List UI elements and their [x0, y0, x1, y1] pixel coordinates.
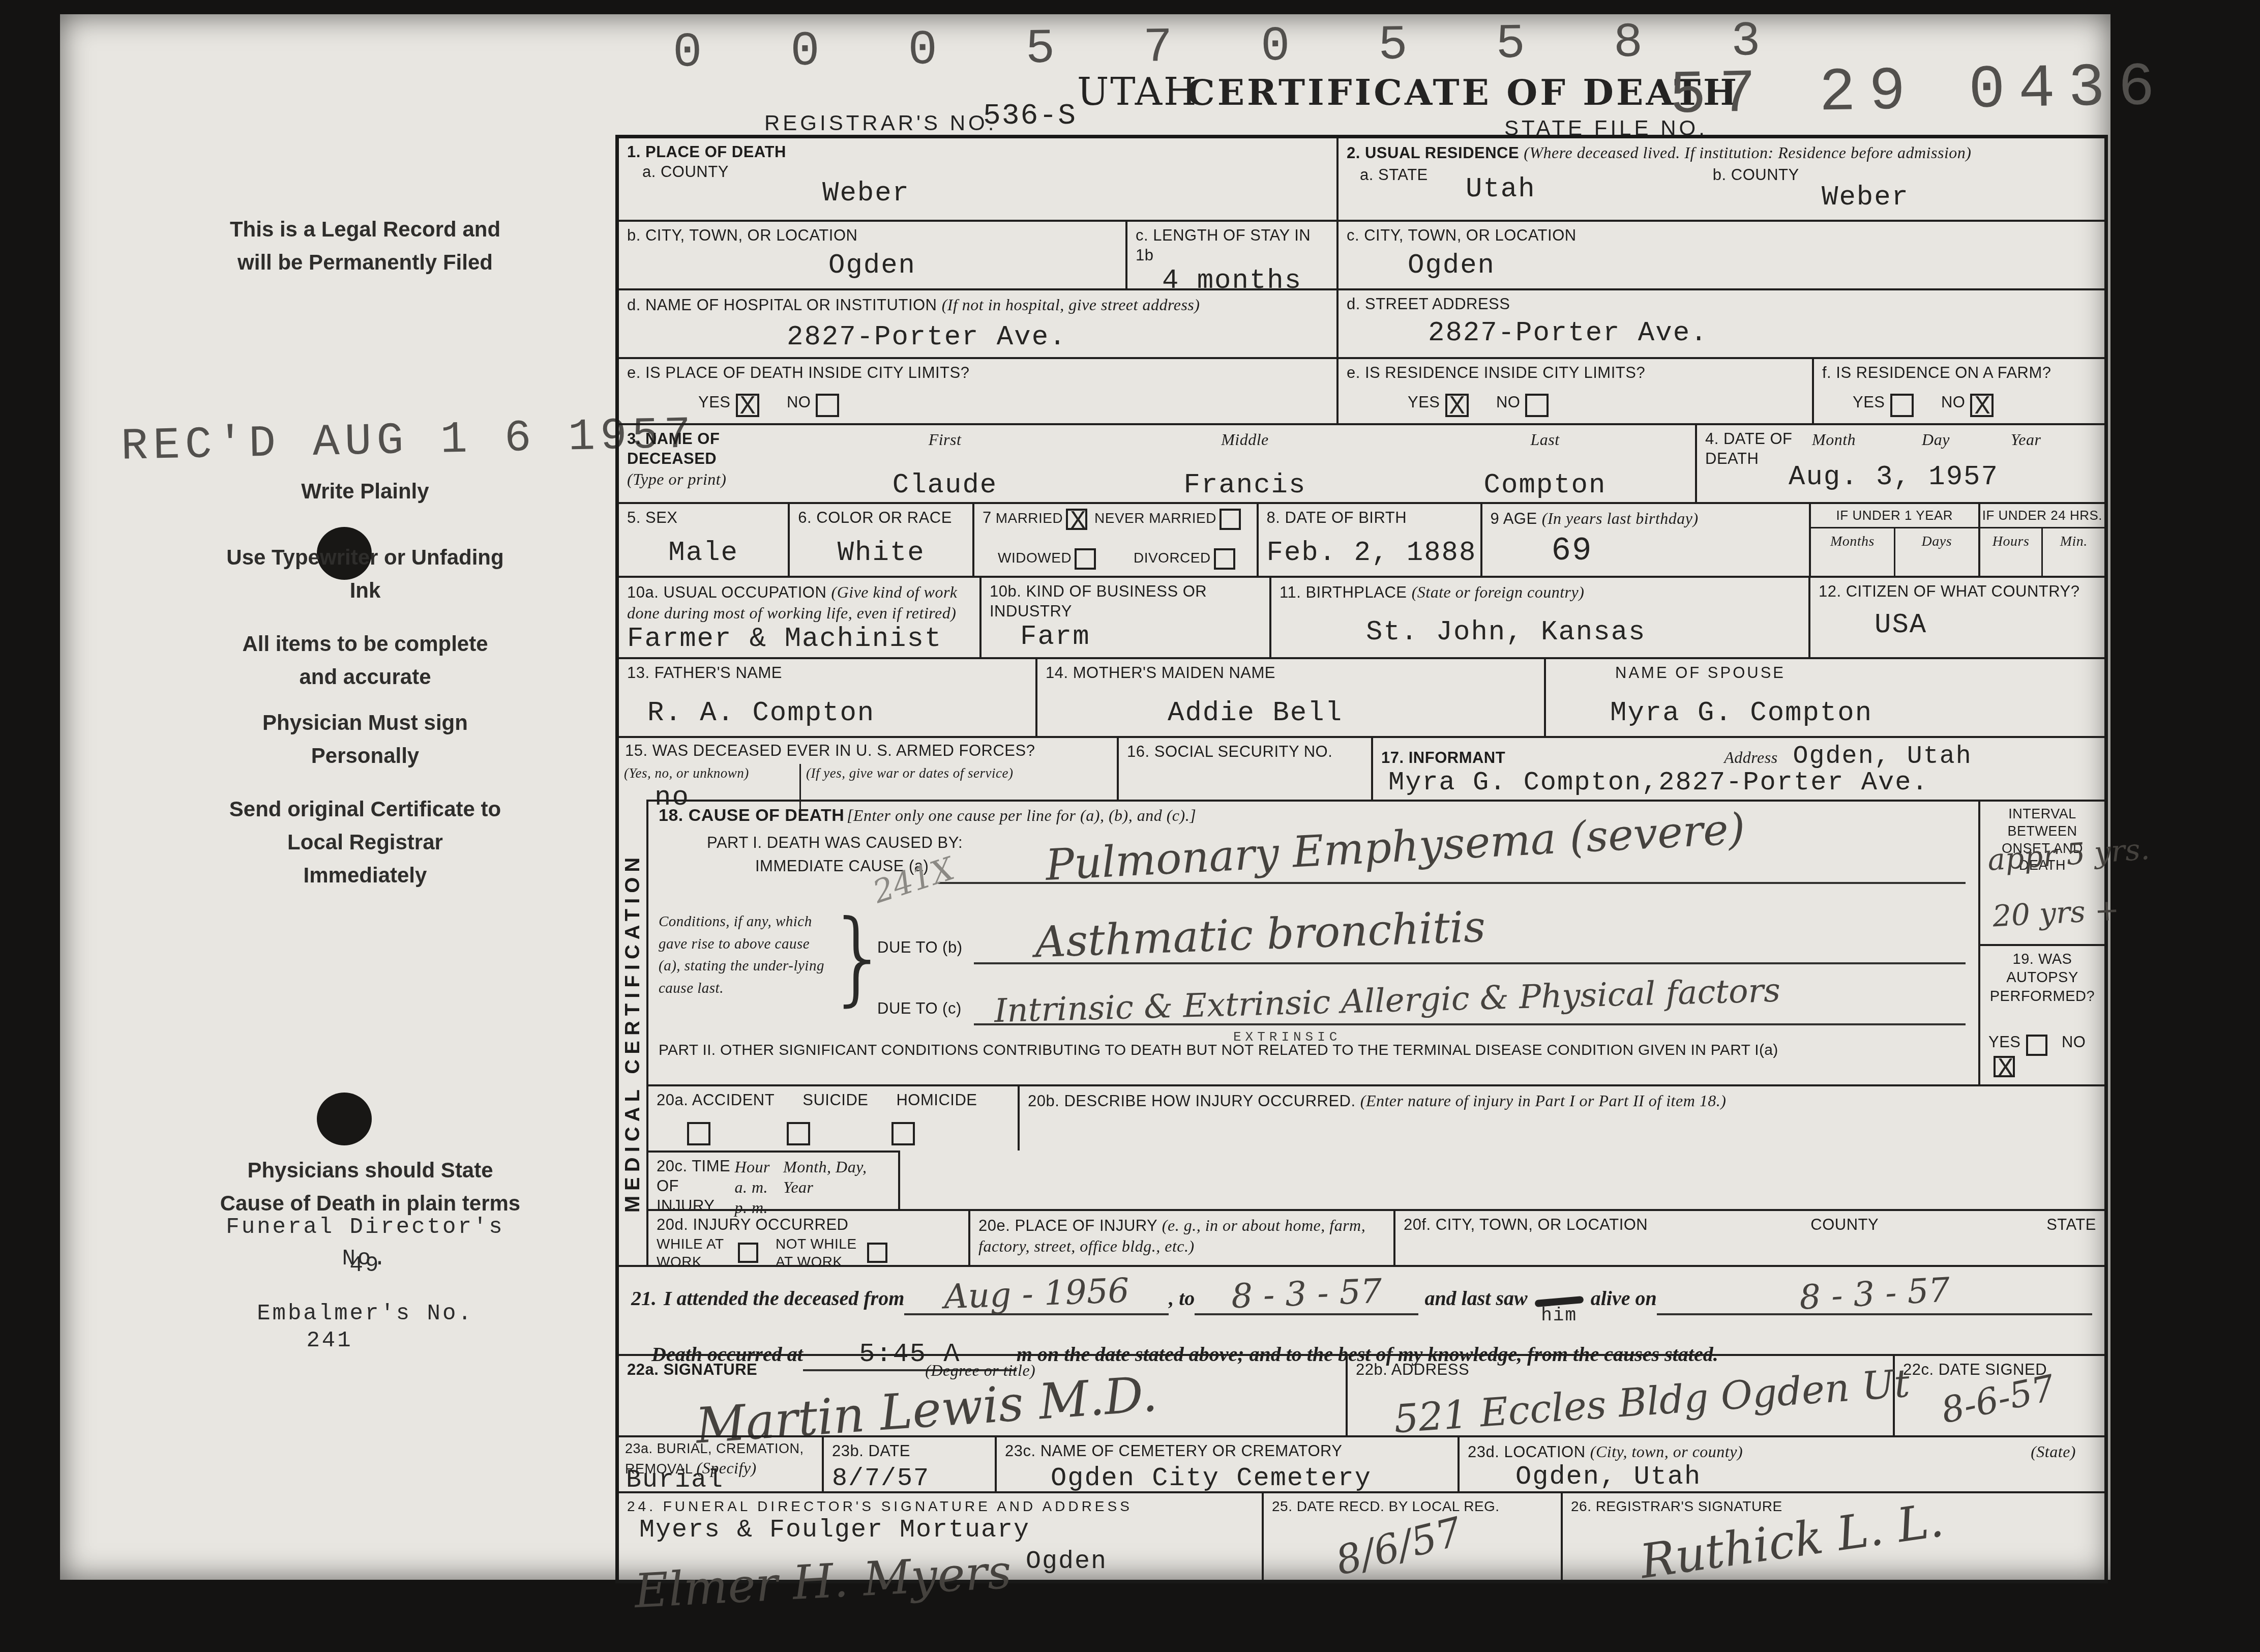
- margin-plain-terms-note: Physicians should State Cause of Death i…: [213, 1154, 528, 1220]
- accident-checkbox: [687, 1122, 710, 1145]
- age-label: 9 AGE: [1491, 510, 1537, 527]
- medical-certification-label: MEDICAL CERTIFICATION: [621, 852, 644, 1213]
- divorced-label: DIVORCED: [1134, 550, 1211, 566]
- field-age: 9 AGE (In years last birthday) 69: [1482, 504, 1811, 576]
- attended-to-handwriting: 8 - 3 - 57: [1231, 1272, 1383, 1316]
- field-place-of-injury: 20e. PLACE OF INJURY (e. g., in or about…: [970, 1211, 1395, 1265]
- death-city-label: b. CITY, TOWN, OR LOCATION: [627, 226, 1117, 246]
- field-cemetery: 23c. NAME OF CEMETERY OR CREMATORY Ogden…: [997, 1437, 1460, 1491]
- accident-label: 20a. ACCIDENT: [657, 1090, 775, 1110]
- location-state-note: (State): [2031, 1441, 2076, 1462]
- registrar-no-label: REGISTRAR'S NO.: [764, 111, 997, 135]
- injury-state-label: STATE: [2046, 1215, 2096, 1261]
- no-label: NO: [787, 393, 811, 411]
- yes-checkbox: X: [1445, 394, 1469, 417]
- s21-text3: and last saw: [1424, 1286, 1527, 1310]
- hospital-label: d. NAME OF HOSPITAL OR INSTITUTION: [627, 296, 937, 314]
- county-label: a. COUNTY: [642, 162, 1328, 182]
- date-of-death-label: 4. DATE OF DEATH: [1705, 429, 1802, 469]
- field-injury-city: 20f. CITY, TOWN, OR LOCATION COUNTY STAT…: [1395, 1211, 2104, 1265]
- under-1-year-label: IF UNDER 1 YEAR: [1811, 504, 1978, 528]
- date-of-birth-value: Feb. 2, 1888: [1267, 538, 1477, 569]
- date-of-birth-label: 8. DATE OF BIRTH: [1267, 508, 1472, 528]
- attended-from-handwriting: Aug - 1956: [943, 1271, 1130, 1317]
- field-if-under-1-year: IF UNDER 1 YEAR Months Days: [1811, 504, 1980, 576]
- occupation-value: Farmer & Machinist: [627, 624, 942, 655]
- interval-b-handwriting: 20 yrs +: [1991, 893, 2120, 934]
- industry-label: 10b. KIND OF BUSINESS OR INDUSTRY: [990, 582, 1261, 622]
- cause-title: 18. CAUSE OF DEATH: [659, 806, 844, 825]
- funeral-director-signature: Elmer H. Myers: [633, 1545, 1013, 1619]
- father-name-label: 13. FATHER'S NAME: [627, 663, 1027, 683]
- field-physician-address: 22b. ADDRESS 521 Eccles Bldg Ogden Ut: [1348, 1356, 1895, 1435]
- describe-injury-note: (Enter nature of injury in Part I or Par…: [1360, 1091, 1727, 1110]
- field-citizen: 12. CITIZEN OF WHAT COUNTRY? USA: [1810, 578, 2104, 657]
- field-date-received: 25. DATE RECD. BY LOCAL REG. 8/6/57: [1264, 1493, 1563, 1580]
- informant-value: Myra G. Compton,2827-Porter Ave.: [1388, 768, 1929, 798]
- field-if-under-24-hrs: IF UNDER 24 HRS. Hours Min.: [1980, 504, 2104, 576]
- months-header: Months: [1811, 528, 1895, 576]
- s21-num: 21.: [631, 1286, 657, 1310]
- field-place-of-death-county: 1. PLACE OF DEATH a. COUNTY Weber: [619, 138, 1339, 220]
- field-date-of-death: 4. DATE OF DEATH Month Day Year Aug. 3, …: [1697, 425, 2104, 502]
- certificate-paper: This is a Legal Record and will be Perma…: [60, 14, 2110, 1580]
- married-checkbox: X: [1066, 509, 1087, 530]
- field-accident-suicide-homicide: 20a. ACCIDENT SUICIDE HOMICIDE: [648, 1086, 1020, 1150]
- hospital-note: (If not in hospital, give street address…: [942, 296, 1200, 314]
- last-saw-handwriting: 8 - 3 - 57: [1798, 1270, 1951, 1317]
- county-value: Weber: [822, 178, 910, 209]
- yes-checkbox: X: [736, 394, 759, 417]
- field-time-of-injury: 20c. TIME OF INJURY Hour a. m. p. m. Mon…: [648, 1150, 900, 1209]
- cause-c-handwriting: Intrinsic & Extrinsic Allergic & Physica…: [994, 972, 1781, 1030]
- field-sex: 5. SEX Male: [619, 504, 790, 576]
- sex-label: 5. SEX: [627, 508, 780, 528]
- age-value: 69: [1552, 533, 1593, 570]
- margin-send-original-note: Send original Certificate to Local Regis…: [223, 792, 508, 892]
- margin-typewriter-note: Use Typewriter or Unfading Ink: [223, 541, 508, 607]
- him-typed: him: [1541, 1305, 1577, 1326]
- burial-date-label: 23b. DATE: [832, 1441, 987, 1461]
- industry-value: Farm: [1020, 622, 1090, 653]
- punch-hole: [317, 1093, 372, 1145]
- occupation-label: 10a. USUAL OCCUPATION: [627, 583, 826, 601]
- field-color-or-race: 6. COLOR OR RACE White: [790, 504, 974, 576]
- place-of-death-title: 1. PLACE OF DEATH: [627, 142, 1328, 162]
- describe-injury-label: 20b. DESCRIBE HOW INJURY OCCURRED.: [1028, 1092, 1356, 1110]
- scanned-death-certificate: This is a Legal Record and will be Perma…: [0, 0, 2260, 1652]
- death-city-value: Ogden: [828, 250, 916, 281]
- divorced-checkbox: [1214, 548, 1235, 570]
- suicide-label: SUICIDE: [802, 1090, 868, 1110]
- am-header: a. m.: [734, 1177, 770, 1197]
- birthplace-label: 11. BIRTHPLACE: [1280, 583, 1407, 601]
- field-describe-injury: 20b. DESCRIBE HOW INJURY OCCURRED. (Ente…: [1020, 1086, 2104, 1150]
- field-registrar-signature: 26. REGISTRAR'S SIGNATURE Ruthick L. L.: [1563, 1493, 2104, 1580]
- race-label: 6. COLOR OR RACE: [798, 508, 964, 528]
- year-header: Year: [2011, 429, 2041, 469]
- yes-checkbox: [2026, 1035, 2047, 1056]
- informant-address-value: Ogden, Utah: [1793, 742, 1972, 771]
- yes-checkbox: [1890, 394, 1914, 417]
- field-burial-location: 23d. LOCATION (City, town, or county) (S…: [1460, 1437, 2104, 1491]
- time-of-injury-label: 20c. TIME OF INJURY: [657, 1157, 734, 1205]
- widowed-label: WIDOWED: [998, 550, 1072, 566]
- residence-city-label: c. CITY, TOWN, OR LOCATION: [1347, 226, 2096, 246]
- never-married-checkbox: [1220, 509, 1241, 530]
- field-burial-date: 23b. DATE 8/7/57: [824, 1437, 997, 1491]
- autopsy-label: 19. WAS AUTOPSY PERFORMED?: [1983, 950, 2101, 1006]
- deceased-label-3: (Type or print): [627, 469, 795, 489]
- field-interval: INTERVAL BETWEEN ONSET AND DEATH appr 5 …: [1980, 802, 2104, 944]
- street-address-value: 2827-Porter Ave.: [1428, 318, 1708, 349]
- married-label: MARRIED: [996, 510, 1063, 526]
- no-checkbox: [1525, 394, 1549, 417]
- yes-label: YES: [698, 393, 731, 411]
- field-burial-type: 23a. BURIAL, CREMATION, REMOVAL (Specify…: [619, 1437, 824, 1491]
- field-cause-of-death: 18. CAUSE OF DEATH [Enter only one cause…: [648, 802, 1978, 1084]
- date-signed-label: 22c. DATE SIGNED: [1903, 1360, 2096, 1380]
- length-of-stay-label: c. LENGTH OF STAY IN 1b: [1136, 226, 1328, 265]
- first-name-value: Claude: [795, 470, 1095, 501]
- usual-residence-note: (Where deceased lived. If institution: R…: [1524, 143, 1971, 162]
- citizen-value: USA: [1875, 610, 1927, 641]
- serial-number-stamp: 0 0 0 5 7 0 5 5 8 3: [672, 14, 1790, 81]
- field-usual-residence: 2. USUAL RESIDENCE (Where deceased lived…: [1339, 138, 2104, 220]
- funeral-director-city: Ogden: [1026, 1547, 1107, 1576]
- residence-state-value: Utah: [1466, 174, 1536, 205]
- field-attendance-statement: 21. I attended the deceased from Aug - 1…: [619, 1267, 2104, 1354]
- field-usual-occupation: 10a. USUAL OCCUPATION (Give kind of work…: [619, 578, 982, 657]
- informant-address-label: Address: [1724, 747, 1777, 768]
- burial-location-value: Ogden, Utah: [1515, 1462, 1701, 1492]
- place-of-injury-label: 20e. PLACE OF INJURY: [978, 1217, 1157, 1234]
- widowed-checkbox: [1075, 548, 1096, 570]
- date-received-handwriting: 8/6/57: [1331, 1509, 1466, 1584]
- cause-b-handwriting: Asthmatic bronchitis: [1034, 902, 1486, 967]
- birthplace-note: (State or foreign country): [1412, 583, 1585, 601]
- under-24-hrs-label: IF UNDER 24 HRS.: [1980, 504, 2104, 528]
- field-date-of-birth: 8. DATE OF BIRTH Feb. 2, 1888: [1259, 504, 1482, 576]
- s21-text1: I attended the deceased from: [664, 1286, 904, 1310]
- cemetery-value: Ogden City Cemetery: [1051, 1463, 1372, 1493]
- due-to-c-label: DUE TO (c): [877, 999, 962, 1019]
- field-death-city: b. CITY, TOWN, OR LOCATION Ogden: [619, 222, 1127, 288]
- injury-city-label: 20f. CITY, TOWN, OR LOCATION: [1404, 1215, 1648, 1261]
- field-residence-city: c. CITY, TOWN, OR LOCATION Ogden: [1339, 222, 2104, 288]
- last-name-header: Last: [1395, 429, 1695, 450]
- margin-legal-record-note: This is a Legal Record and will be Perma…: [223, 213, 508, 279]
- field-injury-occurred: 20d. INJURY OCCURRED WHILE AT WORK NOT W…: [648, 1211, 970, 1265]
- no-checkbox: [816, 394, 839, 417]
- field-ssn: 16. SOCIAL SECURITY NO.: [1119, 738, 1373, 800]
- spouse-value: Myra G. Compton: [1610, 698, 1872, 729]
- sex-value: Male: [668, 538, 738, 569]
- mother-maiden-label: 14. MOTHER'S MAIDEN NAME: [1046, 663, 1536, 683]
- days-header: Days: [1895, 528, 1978, 576]
- ssn-label: 16. SOCIAL SECURITY NO.: [1127, 742, 1363, 762]
- field-death-city-limits: e. IS PLACE OF DEATH INSIDE CITY LIMITS?…: [619, 359, 1339, 423]
- residence-city-value: Ogden: [1408, 250, 1495, 281]
- certificate-form: 1. PLACE OF DEATH a. COUNTY Weber 2. USU…: [615, 135, 2108, 1583]
- field-funeral-director: 24. FUNERAL DIRECTOR'S SIGNATURE AND ADD…: [619, 1493, 1264, 1580]
- funeral-director-no-value: 49: [202, 1250, 528, 1282]
- father-name-value: R. A. Compton: [647, 698, 875, 729]
- field-spouse-name: NAME OF SPOUSE Myra G. Compton: [1546, 659, 2104, 736]
- medical-certification-strip: MEDICAL CERTIFICATION: [619, 800, 648, 1265]
- state-file-no-stamp: 57 29 0436: [1669, 53, 2168, 131]
- field-length-of-stay: c. LENGTH OF STAY IN 1b 4 months: [1127, 222, 1339, 288]
- conditions-note: Conditions, if any, which gave rise to a…: [659, 911, 826, 999]
- field-informant: 17. INFORMANT Address Ogden, Utah Myra G…: [1373, 738, 2104, 800]
- injury-occurred-label: 20d. INJURY OCCURRED: [657, 1215, 960, 1235]
- location-label: 23d. LOCATION: [1468, 1443, 1586, 1461]
- burial-date-value: 8/7/57: [832, 1464, 987, 1493]
- no-checkbox: X: [1970, 394, 1994, 417]
- field-mother-maiden-name: 14. MOTHER'S MAIDEN NAME Addie Bell: [1037, 659, 1546, 736]
- spouse-label: NAME OF SPOUSE: [1615, 663, 2096, 683]
- residence-city-limits-label: e. IS RESIDENCE INSIDE CITY LIMITS?: [1347, 363, 1804, 383]
- birthplace-value: St. John, Kansas: [1366, 617, 1646, 648]
- injury-blank-area: [900, 1150, 2104, 1209]
- cemetery-label: 23c. NAME OF CEMETERY OR CREMATORY: [1005, 1441, 1449, 1461]
- location-note: (City, town, or county): [1590, 1442, 1743, 1461]
- margin-physician-sign-note: Physician Must sign Personally: [223, 706, 508, 772]
- residence-county-label: b. COUNTY: [1713, 165, 1799, 185]
- middle-name-header: Middle: [1095, 429, 1395, 450]
- burial-value: Burial: [626, 1466, 724, 1495]
- citizen-label: 12. CITIZEN OF WHAT COUNTRY?: [1819, 582, 2096, 602]
- not-while-at-work-checkbox: [867, 1243, 887, 1263]
- registrar-no-value: 536-S: [983, 100, 1077, 133]
- field-father-name: 13. FATHER'S NAME R. A. Compton: [619, 659, 1037, 736]
- field-industry: 10b. KIND OF BUSINESS OR INDUSTRY Farm: [982, 578, 1271, 657]
- no-checkbox: X: [1994, 1056, 2015, 1077]
- received-date-stamp: REC'D AUG 1 6 1957: [121, 410, 696, 473]
- usual-residence-title: 2. USUAL RESIDENCE: [1347, 144, 1519, 162]
- deceased-label-1: 3. NAME OF: [627, 429, 795, 449]
- mother-maiden-value: Addie Bell: [1168, 698, 1343, 729]
- margin-complete-note: All items to be complete and accurate: [223, 627, 508, 693]
- injury-county-label: COUNTY: [1810, 1215, 1879, 1261]
- while-at-work-checkbox: [738, 1243, 758, 1263]
- field-date-signed: 22c. DATE SIGNED 8-6-57: [1895, 1356, 2104, 1435]
- death-city-limits-label: e. IS PLACE OF DEATH INSIDE CITY LIMITS?: [627, 363, 1328, 383]
- signature-label: 22a. SIGNATURE: [627, 1360, 757, 1380]
- hours-header: Hours: [1980, 528, 2043, 576]
- residence-county-value: Weber: [1822, 182, 1909, 213]
- cause-title-note: [Enter only one cause per line for (a), …: [847, 806, 1196, 824]
- field-autopsy: 19. WAS AUTOPSY PERFORMED? YES NOX: [1980, 944, 2104, 1084]
- due-to-b-label: DUE TO (b): [877, 938, 963, 958]
- field-hospital: d. NAME OF HOSPITAL OR INSTITUTION (If n…: [619, 290, 1339, 357]
- date-of-death-value: Aug. 3, 1957: [1789, 462, 1999, 493]
- deceased-label-2: DECEASED: [627, 449, 795, 469]
- last-name-value: Compton: [1395, 470, 1695, 501]
- mdy-header: Month, Day, Year: [783, 1157, 890, 1205]
- field-marital-status: 7 MARRIEDX NEVER MARRIED WIDOWED DIVORCE…: [974, 504, 1258, 576]
- suicide-checkbox: [787, 1122, 810, 1145]
- street-address-label: d. STREET ADDRESS: [1347, 294, 2096, 314]
- field-armed-forces: 15. WAS DECEASED EVER IN U. S. ARMED FOR…: [619, 738, 1119, 800]
- residence-state-label: a. STATE: [1360, 165, 1428, 185]
- first-name-header: First: [795, 429, 1095, 450]
- homicide-label: HOMICIDE: [896, 1090, 977, 1110]
- x-mark: X: [740, 392, 756, 422]
- s21-text4: alive on: [1591, 1286, 1657, 1310]
- informant-label: 17. INFORMANT: [1381, 748, 1505, 768]
- page-title-state: UTAH: [1077, 70, 1198, 114]
- page-title: CERTIFICATE OF DEATH: [1186, 71, 1739, 113]
- min-header: Min.: [2043, 528, 2104, 576]
- field-residence-farm: f. IS RESIDENCE ON A FARM? YES NOX: [1814, 359, 2104, 423]
- homicide-checkbox: [891, 1122, 915, 1145]
- hospital-value: 2827-Porter Ave.: [787, 322, 1066, 353]
- armed-forces-note1: (Yes, no, or unknown): [624, 765, 794, 782]
- field-birthplace: 11. BIRTHPLACE (State or foreign country…: [1271, 578, 1810, 657]
- part1-label: PART I. DEATH WAS CAUSED BY:: [707, 833, 963, 853]
- funeral-director-value: Myers & Foulger Mortuary: [639, 1516, 1030, 1545]
- hour-header: Hour: [734, 1157, 770, 1177]
- funeral-director-label: 24. FUNERAL DIRECTOR'S SIGNATURE AND ADD…: [627, 1497, 1254, 1515]
- never-married-label: NEVER MARRIED: [1094, 510, 1216, 526]
- field-name-of-deceased: 3. NAME OF DECEASED (Type or print) Firs…: [619, 425, 1697, 502]
- field-residence-city-limits: e. IS RESIDENCE INSIDE CITY LIMITS? YESX…: [1339, 359, 1814, 423]
- marital-num: 7: [983, 509, 992, 526]
- race-value: White: [838, 538, 925, 569]
- middle-name-value: Francis: [1095, 470, 1395, 501]
- s21-text2: , to: [1169, 1286, 1195, 1310]
- field-physician-signature: 22a. SIGNATURE (Degree or title) Martin …: [619, 1356, 1348, 1435]
- margin-write-plainly-note: Write Plainly: [223, 475, 508, 508]
- embalmer-no-value: 241: [167, 1325, 492, 1357]
- residence-farm-label: f. IS RESIDENCE ON A FARM?: [1822, 363, 2096, 383]
- armed-forces-label: 15. WAS DECEASED EVER IN U. S. ARMED FOR…: [619, 738, 1117, 764]
- part2-label: PART II. OTHER SIGNIFICANT CONDITIONS CO…: [659, 1041, 1960, 1060]
- age-note: (In years last birthday): [1542, 509, 1699, 527]
- date-received-label: 25. DATE RECD. BY LOCAL REG.: [1272, 1497, 1553, 1515]
- field-street-address: d. STREET ADDRESS 2827-Porter Ave.: [1339, 290, 2104, 357]
